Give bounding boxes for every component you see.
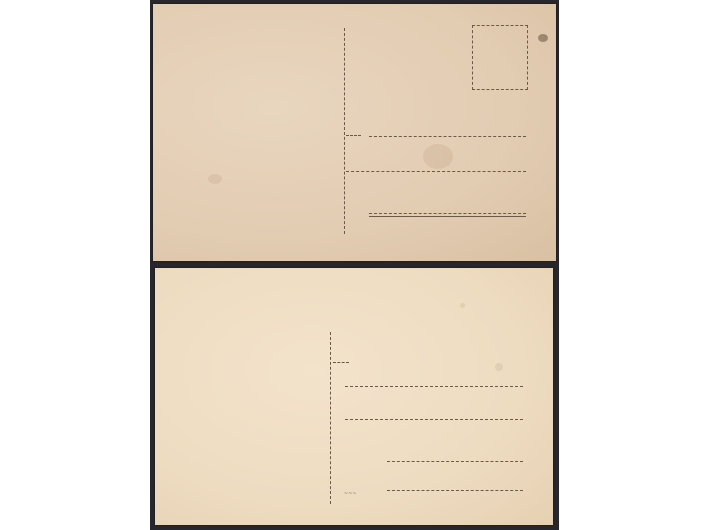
- address-line-2: [345, 419, 523, 420]
- address-line-short: [333, 362, 349, 363]
- address-line-short: [346, 135, 361, 136]
- address-line-4: [387, 490, 523, 491]
- stamp-box: [472, 25, 528, 90]
- address-line-3: [387, 461, 523, 462]
- stain: [423, 144, 453, 169]
- address-line-3: [369, 213, 526, 214]
- stain: [495, 363, 503, 371]
- postcard-top: [153, 4, 556, 261]
- divider-line: [344, 28, 345, 234]
- address-line-1: [345, 386, 523, 387]
- divider-line: [330, 332, 331, 504]
- stain: [538, 34, 548, 42]
- printer-mark: ~~~: [344, 491, 357, 497]
- address-line-3-underline: [369, 216, 526, 217]
- stain: [208, 174, 222, 184]
- postcard-bottom: ~~~: [155, 268, 553, 525]
- address-line-2: [346, 171, 526, 172]
- address-line-1: [369, 136, 526, 137]
- stain: [460, 303, 465, 308]
